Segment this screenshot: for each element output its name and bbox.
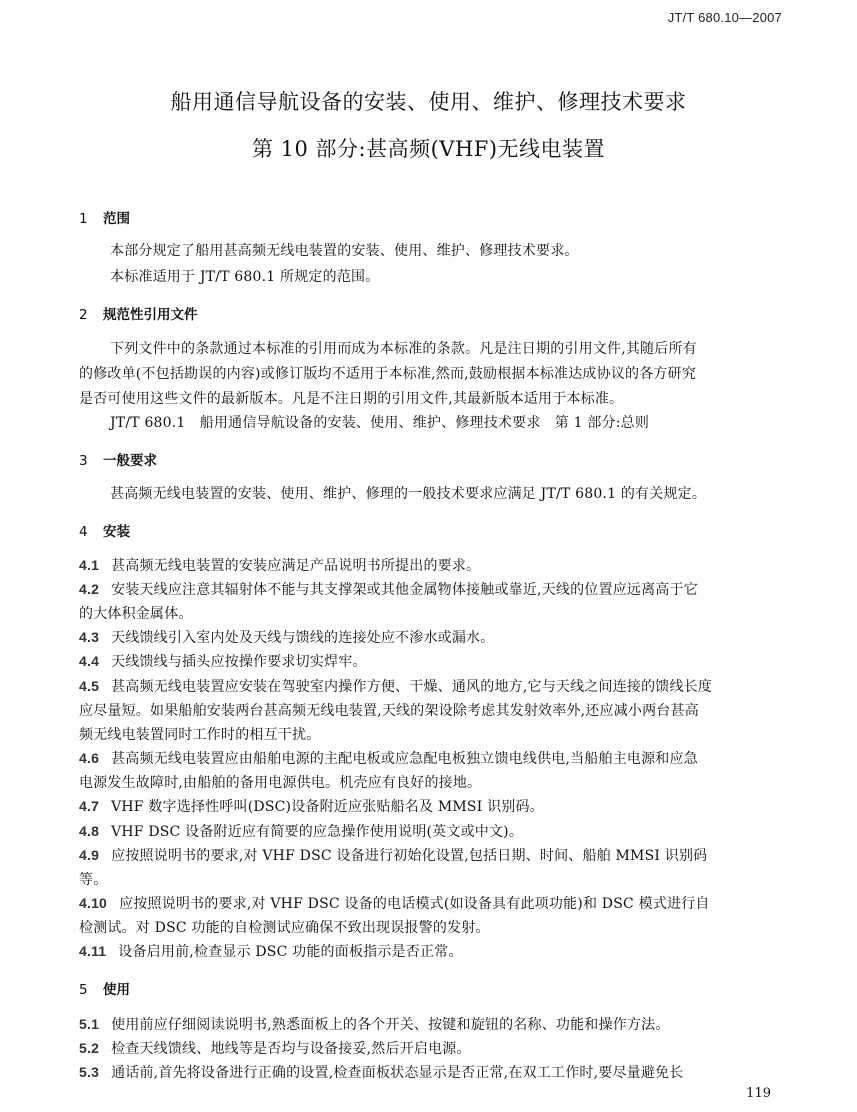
section-title: 安装: [103, 524, 130, 540]
paragraph-line: 的修改单(不包括勘误的内容)或修订版均不适用于本标准,然而,鼓励根据本标准达成协…: [79, 363, 696, 383]
clause-4-3: 4.3天线馈线引入室内处及天线与馈线的连接处应不渗水或漏水。: [79, 627, 494, 647]
clause-4-1: 4.1甚高频无线电装置的安装应满足产品说明书所提出的要求。: [79, 555, 480, 575]
paragraph: 甚高频无线电装置的安装、使用、维护、修理的一般技术要求应满足 JT/T 680.…: [110, 483, 706, 503]
standard-code: JT/T 680.10—2007: [668, 10, 782, 25]
clause-4-6-cont: 电源发生故障时,由船舶的备用电源供电。机壳应有良好的接地。: [79, 772, 481, 792]
section-title: 使用: [103, 982, 130, 998]
clause-4-10-cont: 检测试。对 DSC 功能的自检测试应确保不致出现误报警的发射。: [79, 917, 490, 937]
section-heading-2: 2规范性引用文件: [79, 303, 198, 323]
section-number: 3: [79, 453, 103, 469]
section-heading-3: 3一般要求: [79, 449, 157, 469]
clause-4-4: 4.4天线馈线与插头应按操作要求切实焊牢。: [79, 651, 367, 671]
clause-4-2-cont: 的大体积金属体。: [79, 603, 193, 623]
document-subtitle: 第 10 部分:甚高频(VHF)无线电装置: [0, 133, 857, 163]
normative-reference: JT/T 680.1 船用通信导航设备的安装、使用、维护、修理技术要求 第 1 …: [110, 412, 649, 432]
page-number: 119: [746, 1086, 771, 1101]
section-heading-4: 4安装: [79, 520, 130, 540]
paragraph-line: 下列文件中的条款通过本标准的引用而成为本标准的条款。凡是注日期的引用文件,其随后…: [110, 338, 697, 358]
document-title: 船用通信导航设备的安装、使用、维护、修理技术要求: [0, 86, 857, 116]
paragraph: 本标准适用于 JT/T 680.1 所规定的范围。: [110, 266, 379, 286]
clause-5-3: 5.3通话前,首先将设备进行正确的设置,检查面板状态显示是否正常,在双工工作时,…: [79, 1062, 683, 1082]
section-heading-1: 1范围: [79, 207, 130, 227]
section-title: 范围: [103, 211, 130, 227]
clause-4-6: 4.6甚高频无线电装置应由船舶电源的主配电板或应急配电板独立馈电线供电,当船舶主…: [79, 748, 698, 768]
clause-4-7: 4.7VHF 数字选择性呼叫(DSC)设备附近应张贴船名及 MMSI 识别码。: [79, 796, 544, 816]
section-number: 4: [79, 524, 103, 540]
clause-4-5-cont: 频无线电装置同时工作时的相互干扰。: [79, 724, 320, 744]
section-number: 1: [79, 211, 103, 227]
section-title: 规范性引用文件: [103, 307, 198, 323]
paragraph-line: 是否可使用这些文件的最新版本。凡是不注日期的引用文件,其最新版本适用于本标准。: [79, 388, 623, 408]
clause-5-1: 5.1使用前应仔细阅读说明书,熟悉面板上的各个开关、按键和旋钮的名称、功能和操作…: [79, 1014, 670, 1034]
clause-4-8: 4.8VHF DSC 设备附近应有简要的应急操作使用说明(英文或中文)。: [79, 821, 523, 841]
clause-4-10: 4.10应按照说明书的要求,对 VHF DSC 设备的电话模式(如设备具有此项功…: [79, 893, 710, 913]
clause-4-2: 4.2安装天线应注意其辐射体不能与其支撑架或其他金属物体接触或靠近,天线的位置应…: [79, 579, 698, 599]
paragraph: 本部分规定了船用甚高频无线电装置的安装、使用、维护、修理技术要求。: [110, 240, 579, 260]
section-title: 一般要求: [103, 453, 157, 469]
section-number: 5: [79, 982, 103, 998]
section-number: 2: [79, 307, 103, 323]
clause-4-9-cont: 等。: [79, 869, 107, 889]
clause-5-2: 5.2检查天线馈线、地线等是否均与设备接妥,然后开启电源。: [79, 1038, 471, 1058]
clause-4-5-cont: 应尽量短。如果船舶安装两台甚高频无线电装置,天线的架设除考虑其发射效率外,还应减…: [79, 700, 699, 720]
clause-4-5: 4.5甚高频无线电装置应安装在驾驶室内操作方便、干燥、通风的地方,它与天线之间连…: [79, 676, 712, 696]
section-heading-5: 5使用: [79, 978, 130, 998]
clause-4-9: 4.9应按照说明书的要求,对 VHF DSC 设备进行初始化设置,包括日期、时间…: [79, 845, 707, 865]
clause-4-11: 4.11设备启用前,检查显示 DSC 功能的面板指示是否正常。: [79, 941, 463, 961]
